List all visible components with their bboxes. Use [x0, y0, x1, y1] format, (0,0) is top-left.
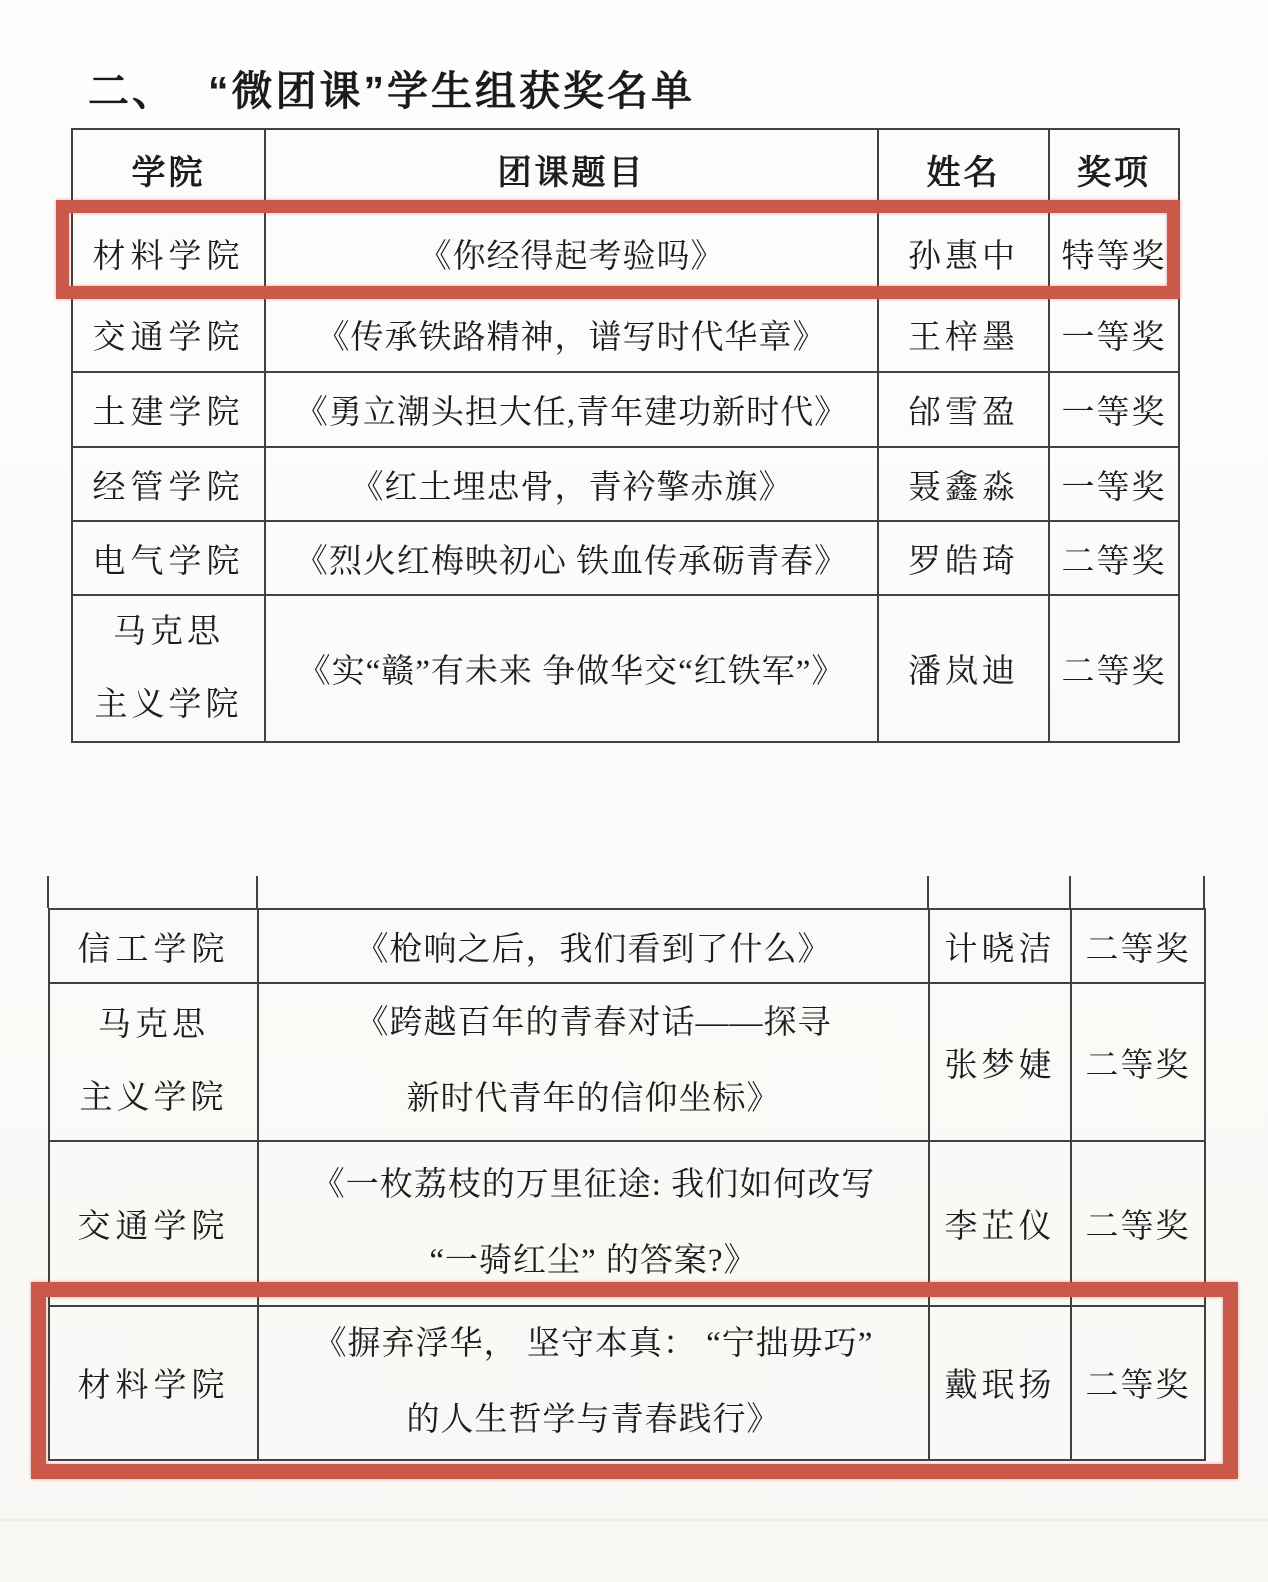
name-cell: 邰雪盈: [878, 372, 1049, 447]
college-cell: 材料学院: [72, 209, 265, 297]
award-cell: 一等奖: [1049, 297, 1179, 372]
college-cell: 材料学院: [49, 1306, 258, 1460]
award-cell: 二等奖: [1071, 1141, 1205, 1306]
header-college: 学院: [72, 129, 265, 209]
topic-cell: 《跨越百年的青春对话——探寻 新时代青年的信仰坐标》: [258, 983, 929, 1141]
table-row: 马克思 主义学院 《实“赣”有未来 争做华交“红铁军”》 潘岚迪 二等奖: [72, 595, 1179, 742]
college-cell: 电气学院: [72, 521, 265, 595]
name-cell: 李芷仪: [929, 1141, 1071, 1306]
name-cell: 聂鑫淼: [878, 447, 1049, 521]
topic-cell: 《实“赣”有未来 争做华交“红铁军”》: [265, 595, 878, 742]
table-continuation-line: [256, 876, 258, 908]
award-cell: 一等奖: [1049, 372, 1179, 447]
college-cell: 土建学院: [72, 372, 265, 447]
table-row: 材料学院 《你经得起考验吗》 孙惠中 特等奖: [72, 209, 1179, 297]
header-award: 奖项: [1049, 129, 1179, 209]
table-continuation-line: [1203, 876, 1205, 908]
topic-cell: 《烈火红梅映初心 铁血传承砺青春》: [265, 521, 878, 595]
table-row: 交通学院 《一枚荔枝的万里征途: 我们如何改写 “一骑红尘” 的答案?》 李芷仪…: [49, 1141, 1205, 1306]
award-cell: 二等奖: [1071, 1306, 1205, 1460]
award-cell: 二等奖: [1071, 983, 1205, 1141]
table-row: 马克思 主义学院 《跨越百年的青春对话——探寻 新时代青年的信仰坐标》 张梦婕 …: [49, 983, 1205, 1141]
topic-cell: 《传承铁路精神，谱写时代华章》: [265, 297, 878, 372]
name-cell: 张梦婕: [929, 983, 1071, 1141]
award-cell: 二等奖: [1049, 521, 1179, 595]
table-row: 经管学院 《红土埋忠骨，青衿擎赤旗》 聂鑫淼 一等奖: [72, 447, 1179, 521]
table-header-row: 学院 团课题目 姓名 奖项: [72, 129, 1179, 209]
page-divider-line: [0, 1519, 1268, 1521]
name-cell: 潘岚迪: [878, 595, 1049, 742]
title-text: “微团课”学生组获奖名单: [208, 68, 695, 114]
name-cell: 孙惠中: [878, 209, 1049, 297]
header-name: 姓名: [878, 129, 1049, 209]
topic-cell: 《一枚荔枝的万里征途: 我们如何改写 “一骑红尘” 的答案?》: [258, 1141, 929, 1306]
college-cell: 交通学院: [49, 1141, 258, 1306]
topic-cell: 《枪响之后，我们看到了什么》: [258, 909, 929, 983]
name-cell: 罗皓琦: [878, 521, 1049, 595]
name-cell: 计晓洁: [929, 909, 1071, 983]
title-section-number: 二、: [88, 68, 176, 114]
award-cell: 一等奖: [1049, 447, 1179, 521]
college-cell: 信工学院: [49, 909, 258, 983]
page-title: 二、“微团课”学生组获奖名单: [88, 58, 695, 117]
name-cell: 王梓墨: [878, 297, 1049, 372]
table-row: 交通学院 《传承铁路精神，谱写时代华章》 王梓墨 一等奖: [72, 297, 1179, 372]
college-cell: 马克思 主义学院: [72, 595, 265, 742]
table-row: 材料学院 《摒弃浮华， 坚守本真： “宁拙毋巧” 的人生哲学与青春践行》 戴珉扬…: [49, 1306, 1205, 1460]
award-cell: 特等奖: [1049, 209, 1179, 297]
table-row: 电气学院 《烈火红梅映初心 铁血传承砺青春》 罗皓琦 二等奖: [72, 521, 1179, 595]
college-cell: 经管学院: [72, 447, 265, 521]
award-cell: 二等奖: [1049, 595, 1179, 742]
award-table-upper: 学院 团课题目 姓名 奖项 材料学院 《你经得起考验吗》 孙惠中 特等奖 交通学…: [71, 128, 1180, 743]
college-cell: 马克思 主义学院: [49, 983, 258, 1141]
award-cell: 二等奖: [1071, 909, 1205, 983]
table-continuation-line: [1069, 876, 1071, 908]
table-continuation-line: [927, 876, 929, 908]
college-cell: 交通学院: [72, 297, 265, 372]
header-topic: 团课题目: [265, 129, 878, 209]
topic-cell: 《你经得起考验吗》: [265, 209, 878, 297]
topic-cell: 《红土埋忠骨，青衿擎赤旗》: [265, 447, 878, 521]
topic-cell: 《勇立潮头担大任,青年建功新时代》: [265, 372, 878, 447]
table-row: 信工学院 《枪响之后，我们看到了什么》 计晓洁 二等奖: [49, 909, 1205, 983]
name-cell: 戴珉扬: [929, 1306, 1071, 1460]
table-row: 土建学院 《勇立潮头担大任,青年建功新时代》 邰雪盈 一等奖: [72, 372, 1179, 447]
table-continuation-line: [47, 876, 49, 908]
topic-cell: 《摒弃浮华， 坚守本真： “宁拙毋巧” 的人生哲学与青春践行》: [258, 1306, 929, 1460]
award-table-lower: 信工学院 《枪响之后，我们看到了什么》 计晓洁 二等奖 马克思 主义学院 《跨越…: [48, 908, 1206, 1461]
